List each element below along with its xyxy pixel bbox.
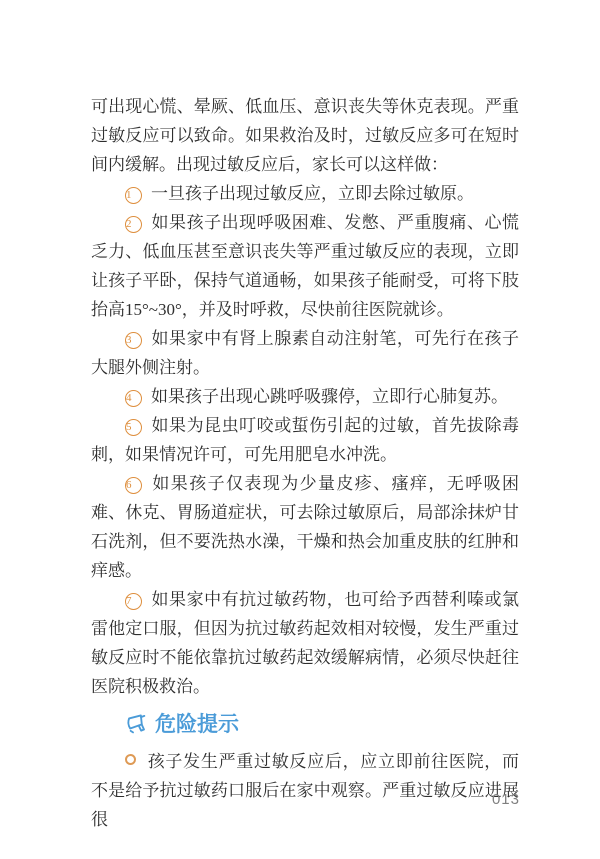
item-text: 如果孩子出现心跳呼吸骤停，立即行心肺复苏。 bbox=[151, 387, 508, 406]
item-number-badge: 2 bbox=[125, 216, 142, 233]
intro-paragraph: 可出现心慌、晕厥、低血压、意识丧失等休克表现。严重过敏反应可以致命。如果救治及时… bbox=[91, 92, 519, 179]
item-number-badge: 5 bbox=[125, 419, 142, 436]
tip-bullet-item: 孩子发生严重过敏反应后，应立即前往医院，而不是给予抗过敏药口服后在家中观察。严重… bbox=[91, 747, 519, 834]
intro-text: 可出现心慌、晕厥、低血压、意识丧失等休克表现。严重过敏反应可以致命。如果救治及时… bbox=[91, 97, 519, 174]
item-text: 如果为昆虫叮咬或蜇伤引起的过敏，首先拔除毒刺，如果情况许可，可先用肥皂水冲洗。 bbox=[91, 416, 519, 464]
numbered-item-2: 2如果孩子出现呼吸困难、发憋、严重腹痛、心慌乏力、低血压甚至意识丧失等严重过敏反… bbox=[91, 208, 519, 324]
numbered-item-6: 6如果孩子仅表现为少量皮疹、瘙痒，无呼吸困难、休克、胃肠道症状，可去除过敏原后，… bbox=[91, 469, 519, 585]
bullet-ring-icon bbox=[125, 754, 136, 765]
numbered-item-3: 3如果家中有肾上腺素自动注射笔，可先行在孩子大腿外侧注射。 bbox=[91, 324, 519, 382]
item-text: 如果孩子出现呼吸困难、发憋、严重腹痛、心慌乏力、低血压甚至意识丧失等严重过敏反应… bbox=[91, 213, 519, 319]
page-content: 可出现心慌、晕厥、低血压、意识丧失等休克表现。严重过敏反应可以致命。如果救治及时… bbox=[91, 92, 519, 834]
book-page: 可出现心慌、晕厥、低血压、意识丧失等休克表现。严重过敏反应可以致命。如果救治及时… bbox=[0, 0, 600, 859]
item-number-badge: 7 bbox=[125, 593, 142, 610]
numbered-item-7: 7如果家中有抗过敏药物，也可给予西替利嗪或氯雷他定口服，但因为抗过敏药起效相对较… bbox=[91, 585, 519, 701]
item-text: 如果孩子仅表现为少量皮疹、瘙痒，无呼吸困难、休克、胃肠道症状，可去除过敏原后，局… bbox=[91, 474, 519, 580]
danger-tip-heading: 危险提示 bbox=[91, 710, 519, 740]
item-text: 一旦孩子出现过敏反应，立即去除过敏原。 bbox=[151, 184, 474, 203]
item-number-badge: 4 bbox=[125, 390, 142, 407]
item-text: 如果家中有抗过敏药物，也可给予西替利嗪或氯雷他定口服，但因为抗过敏药起效相对较慢… bbox=[91, 590, 519, 696]
numbered-item-5: 5如果为昆虫叮咬或蜇伤引起的过敏，首先拔除毒刺，如果情况许可，可先用肥皂水冲洗。 bbox=[91, 411, 519, 469]
item-number-badge: 1 bbox=[125, 187, 142, 204]
numbered-item-4: 4如果孩子出现心跳呼吸骤停，立即行心肺复苏。 bbox=[91, 382, 519, 411]
item-text: 如果家中有肾上腺素自动注射笔，可先行在孩子大腿外侧注射。 bbox=[91, 329, 519, 377]
item-number-badge: 3 bbox=[125, 332, 142, 349]
tip-heading-label: 危险提示 bbox=[155, 710, 239, 740]
numbered-item-1: 1一旦孩子出现过敏反应，立即去除过敏原。 bbox=[91, 179, 519, 208]
tip-bullet-text: 孩子发生严重过敏反应后，应立即前往医院，而不是给予抗过敏药口服后在家中观察。严重… bbox=[91, 752, 519, 829]
megaphone-icon bbox=[127, 714, 149, 736]
item-number-badge: 6 bbox=[125, 477, 142, 494]
page-number: 013 bbox=[492, 791, 520, 808]
